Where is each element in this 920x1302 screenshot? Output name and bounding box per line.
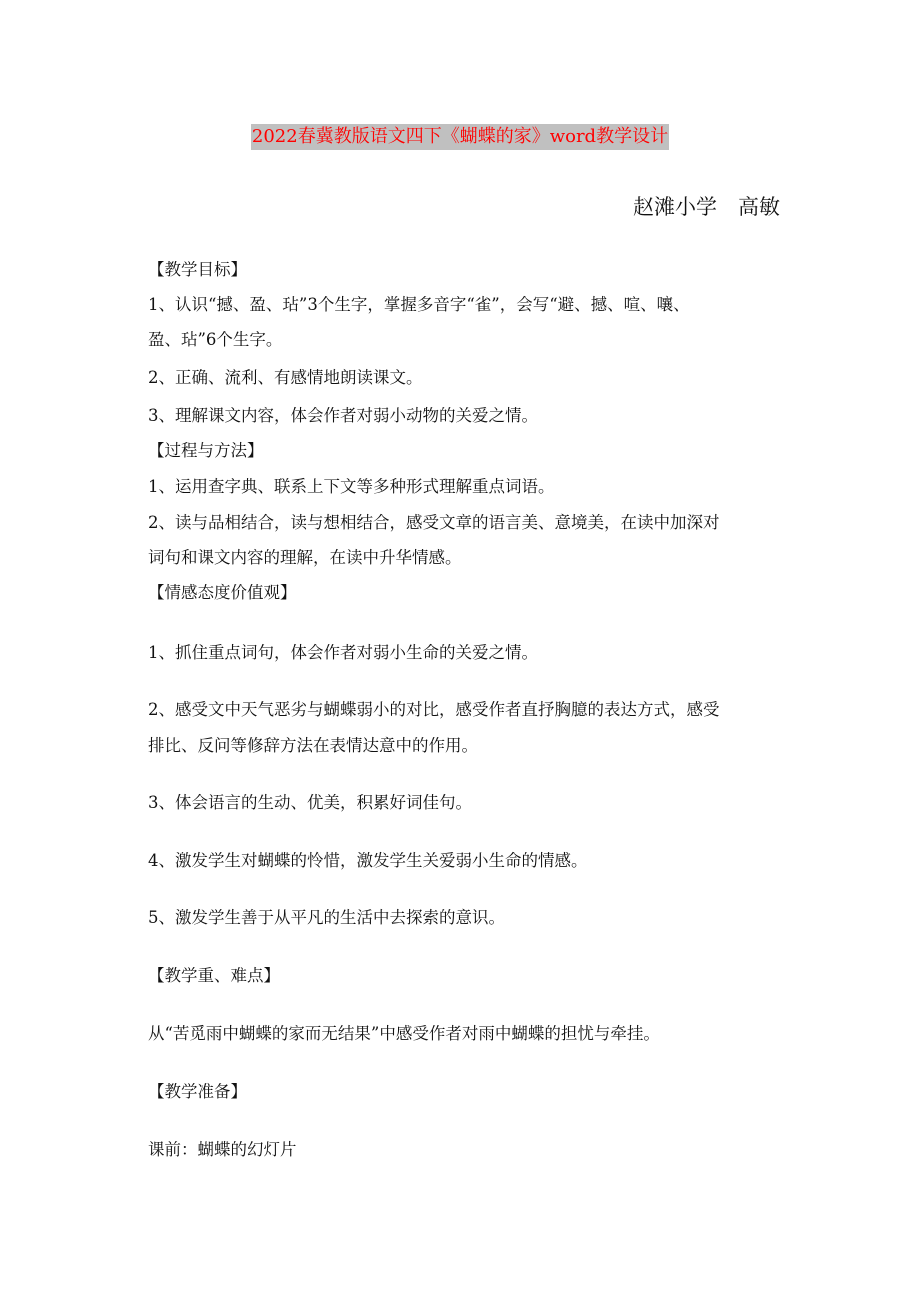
section-heading-key-difficult-points: 【教学重、难点】 [148, 966, 788, 986]
paragraph-line: 从“苦觅雨中蝴蝶的家而无结果”中感受作者对雨中蝴蝶的担忧与牵挂。 [148, 1024, 788, 1044]
paragraph-line: 1、认识“撼、盈、玷”3个生字，掌握多音字“雀”，会写“避、撼、喧、嚷、 [148, 295, 788, 315]
paragraph-line: 1、抓住重点词句，体会作者对弱小生命的关爱之情。 [148, 643, 788, 663]
section-heading-teaching-goals: 【教学目标】 [148, 260, 788, 280]
paragraph-line: 盈、玷”6个生字。 [148, 330, 788, 350]
document-page: 2022春冀教版语文四下《蝴蝶的家》word教学设计 赵滩小学 高敏 【教学目标… [0, 0, 920, 1302]
author-line: 赵滩小学 高敏 [633, 192, 780, 222]
paragraph-line: 2、感受文中天气恶劣与蝴蝶弱小的对比，感受作者直抒胸臆的表达方式，感受 [148, 700, 788, 720]
section-heading-emotion-values: 【情感态度价值观】 [148, 583, 788, 603]
paragraph-line: 5、激发学生善于从平凡的生活中去探索的意识。 [148, 908, 788, 928]
section-heading-process-method: 【过程与方法】 [148, 441, 788, 461]
paragraph-line: 1、运用查字典、联系上下文等多种形式理解重点词语。 [148, 477, 788, 497]
paragraph-line: 4、激发学生对蝴蝶的怜惜，激发学生关爱弱小生命的情感。 [148, 851, 788, 871]
document-title: 2022春冀教版语文四下《蝴蝶的家》word教学设计 [251, 124, 669, 150]
section-heading-teaching-preparation: 【教学准备】 [148, 1082, 788, 1102]
paragraph-line: 2、读与品相结合，读与想相结合，感受文章的语言美、意境美，在读中加深对 [148, 513, 788, 533]
paragraph-line: 3、理解课文内容，体会作者对弱小动物的关爱之情。 [148, 406, 788, 426]
paragraph-line: 排比、反问等修辞方法在表情达意中的作用。 [148, 736, 788, 756]
paragraph-line: 3、体会语言的生动、优美，积累好词佳句。 [148, 793, 788, 813]
paragraph-line: 课前：蝴蝶的幻灯片 [148, 1140, 788, 1160]
paragraph-line: 2、正确、流利、有感情地朗读课文。 [148, 368, 788, 388]
title-container: 2022春冀教版语文四下《蝴蝶的家》word教学设计 [0, 124, 920, 150]
paragraph-line: 词句和课文内容的理解，在读中升华情感。 [148, 548, 788, 568]
